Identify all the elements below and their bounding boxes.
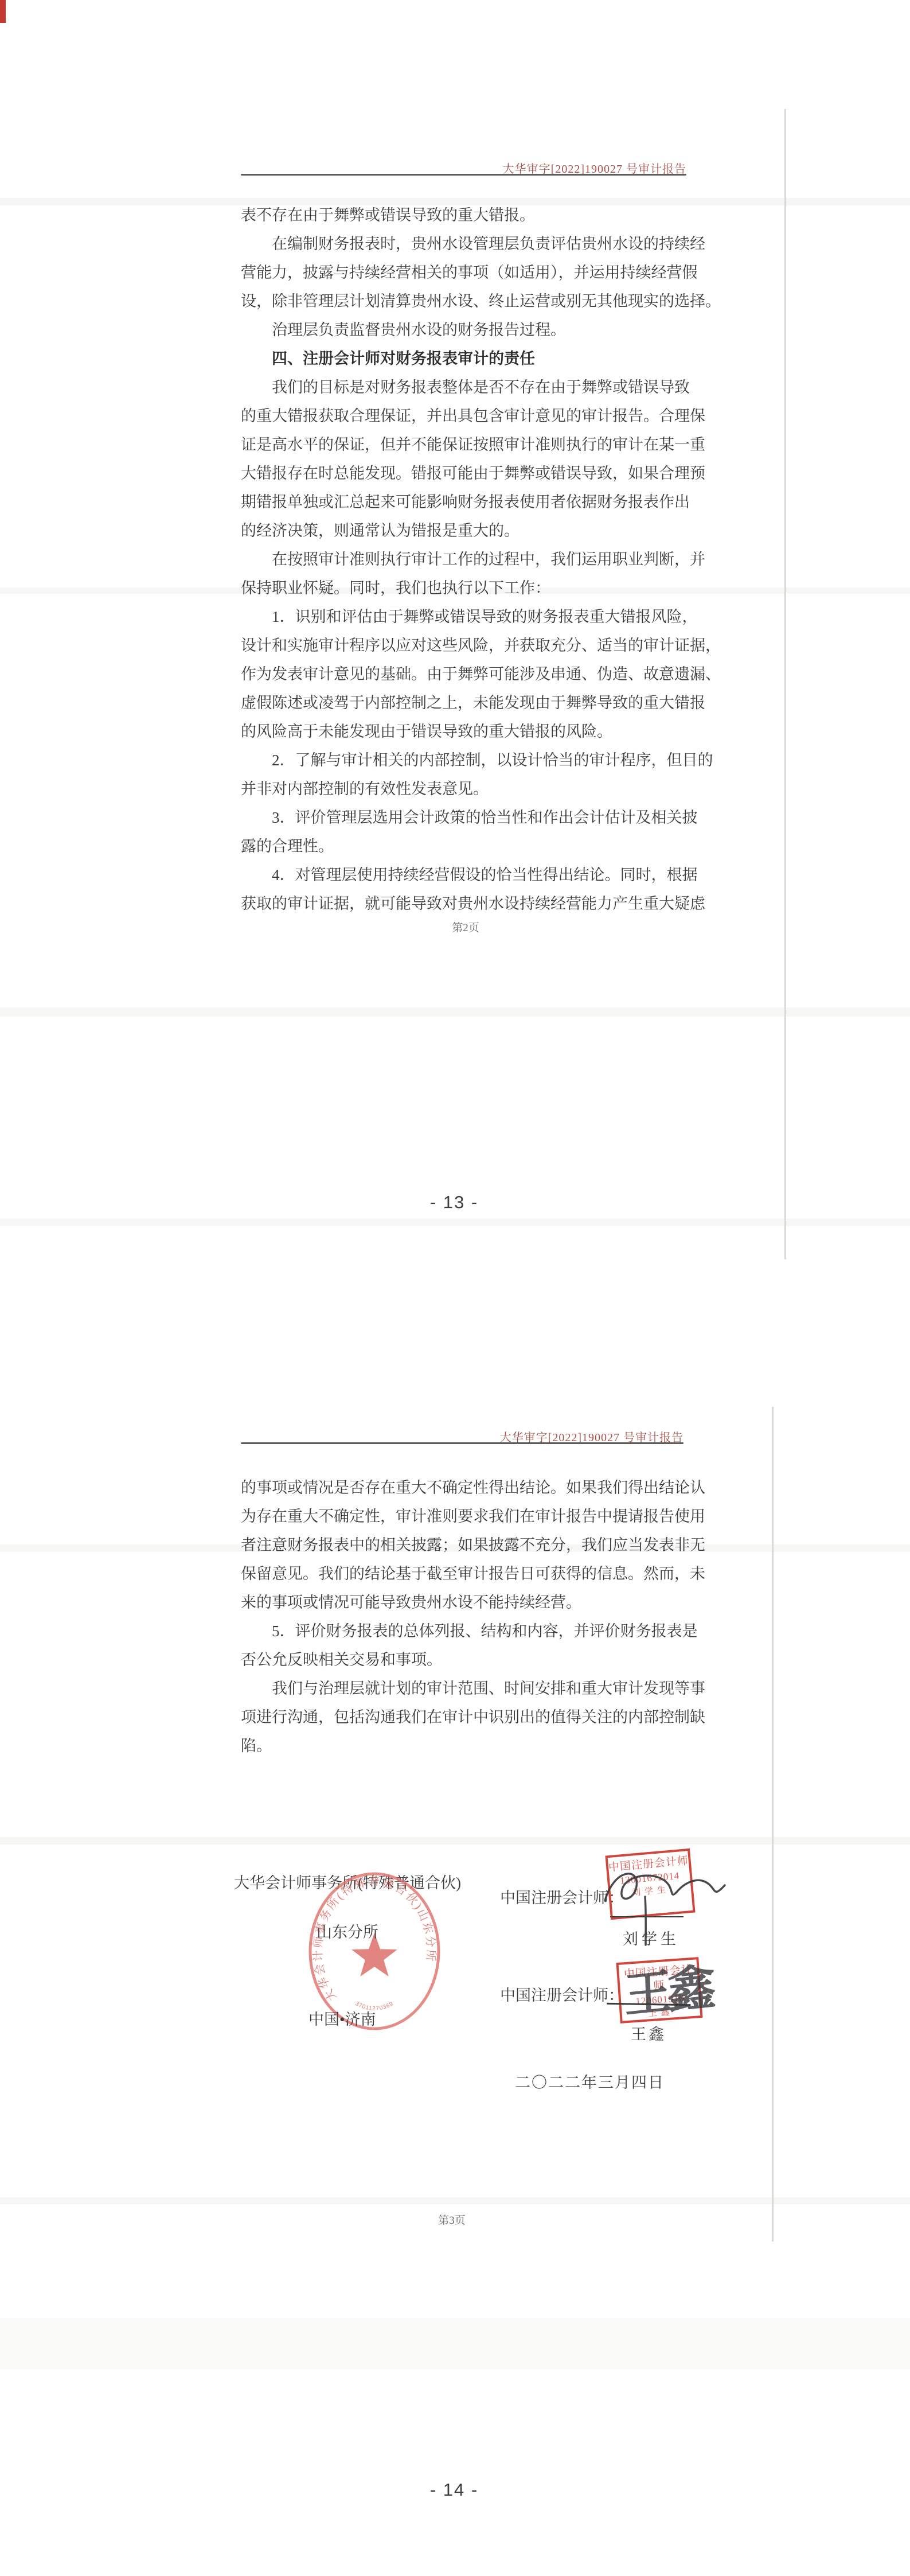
text-line: 获取的审计证据，就可能导致对贵州水设持续经营能力产生重大疑虑 [241, 889, 706, 918]
pdf-page-number-13: - 13 - [414, 1192, 494, 1213]
text-line: 我们的目标是对财务报表整体是否不存在由于舞弊或错误导致 [241, 373, 706, 402]
text-line: 期错报单独或汇总起来可能影响财务报表使用者依据财务报表作出 [241, 488, 706, 516]
pdf-page-number-14: - 14 - [414, 2480, 494, 2500]
text-line: 为存在重大不确定性，审计准则要求我们在审计报告中提请报告使用 [241, 1502, 706, 1531]
text-line: 作为发表审计意见的基础。由于舞弊可能涉及串通、伪造、故意遗漏、 [241, 660, 706, 688]
text-line: 否公允反映相关交易和事项。 [241, 1645, 706, 1674]
text-line: 治理层负责监督贵州水设的财务报告过程。 [241, 316, 706, 344]
firm-location-text: 中国•济南 [308, 2007, 376, 2029]
text-line: 保留意见。我们的结论基于截至审计报告日可获得的信息。然而，未 [241, 1559, 706, 1588]
text-line: 4．对管理层使用持续经营假设的恰当性得出结论。同时，根据 [241, 861, 706, 889]
text-line: 并非对内部控制的有效性发表意见。 [241, 775, 706, 803]
text-line: 在编制财务报表时，贵州水设管理层负责评估贵州水设的持续经 [241, 229, 706, 258]
scan-band [0, 1007, 910, 1017]
text-line: 者注意财务报表中的相关披露；如果披露不充分，我们应当发表非无 [241, 1531, 706, 1559]
scan-band [0, 2318, 910, 2369]
text-line: 在按照审计准则执行审计工作的过程中，我们运用职业判断，并 [241, 545, 706, 574]
scan-red-corner-artifact [0, 0, 6, 23]
text-line: 表不存在由于舞弊或错误导致的重大错报。 [241, 201, 706, 229]
page1-footer-page-number: 第2页 [431, 919, 500, 935]
cpa-name-2: 王鑫 [631, 2022, 666, 2044]
handwritten-signature-wang: 王鑫 [623, 1948, 712, 2027]
scan-page-edge-line [772, 1407, 774, 2242]
section-heading: 四、注册会计师对财务报表审计的责任 [241, 344, 706, 373]
header-rule-page1 [241, 174, 686, 176]
text-line: 的经济决策，则通常认为错报是重大的。 [241, 516, 706, 545]
text-line: 设计和实施审计程序以应对这些风险，并获取充分、适当的审计证据， [241, 631, 706, 660]
scan-band [0, 1219, 910, 1226]
page2-body-text: 的事项或情况是否存在重大不确定性得出结论。如果我们得出结论认 为存在重大不确定性… [241, 1473, 706, 1760]
text-line: 营能力，披露与持续经营相关的事项（如适用），并运用持续经营假 [241, 258, 706, 287]
text-line: 1．识别和评估由于舞弊或错误导致的财务报表重大错报风险， [241, 602, 706, 631]
scan-page-edge-line [784, 109, 786, 1259]
cpa-name-1: 刘学生 [623, 1927, 679, 1949]
text-line: 露的合理性。 [241, 832, 706, 861]
text-line: 设，除非管理层计划清算贵州水设、终止运营或别无其他现实的选择。 [241, 287, 706, 316]
text-line: 项进行沟通，包括沟通我们在审计中识别出的值得关注的内部控制缺 [241, 1703, 706, 1731]
text-line: 来的事项或情况可能导致贵州水设不能持续经营。 [241, 1588, 706, 1617]
header-rule-page2 [241, 1442, 684, 1444]
page2-footer-page-number: 第3页 [417, 2212, 486, 2227]
scanned-audit-report: { "header": { "report_no": "大华审字[2022]19… [0, 0, 910, 2576]
text-line: 陷。 [241, 1731, 706, 1760]
text-line: 的风险高于未能发现由于错误导致的重大错报的风险。 [241, 717, 706, 746]
page1-body-text: 表不存在由于舞弊或错误导致的重大错报。 在编制财务报表时，贵州水设管理层负责评估… [241, 201, 706, 918]
text-line: 5．评价财务报表的总体列报、结构和内容，并评价财务报表是 [241, 1617, 706, 1645]
text-line: 证是高水平的保证，但并不能保证按照审计准则执行的审计在某一重 [241, 430, 706, 459]
text-line: 2．了解与审计相关的内部控制，以设计恰当的审计程序，但目的 [241, 746, 706, 775]
text-line: 大错报存在时总能发现。错报可能由于舞弊或错误导致，如果合理预 [241, 459, 706, 488]
text-line: 的重大错报获取合理保证，并出具包含审计意见的审计报告。合理保 [241, 402, 706, 430]
text-line: 保持职业怀疑。同时，我们也执行以下工作： [241, 574, 706, 602]
text-line: 虚假陈述或凌驾于内部控制之上，未能发现由于舞弊导致的重大错报 [241, 688, 706, 717]
firm-branch-text: 山东分所 [317, 1920, 378, 1942]
text-line: 我们与治理层就计划的审计范围、时间安排和重大审计发现等事 [241, 1674, 706, 1703]
cpa-label-2: 中国注册会计师： [500, 1983, 624, 2005]
text-line: 3．评价管理层选用会计政策的恰当性和作出会计估计及相关披 [241, 803, 706, 832]
report-date: 二〇二二年三月四日 [515, 2070, 665, 2092]
text-line: 的事项或情况是否存在重大不确定性得出结论。如果我们得出结论认 [241, 1473, 706, 1502]
